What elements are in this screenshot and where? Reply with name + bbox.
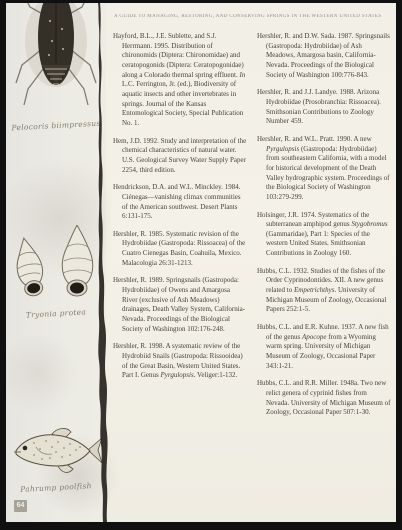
bibliography-column-right: Hershler, R. and D.W. Sada. 1987. Spring…: [257, 32, 391, 426]
bibliography-entry: Hershler, R. 1998. A systematic review o…: [113, 342, 247, 381]
taxon-name: In: [239, 71, 245, 79]
bibliography: Hayford, B.L., J.E. Sublette, and S.J. H…: [113, 32, 391, 426]
bibliography-entry: Hendrickson, D.A. and W.L. Minckley. 198…: [113, 183, 247, 222]
bibliography-entry: Hubbs, C.L. and R.R. Miller. 1948a. Two …: [257, 379, 391, 418]
running-head: A Guide to Managing, Restoring, and Cons…: [114, 14, 391, 19]
citation-text: Hershler, R. and J.J. Landye. 1988. Ariz…: [257, 88, 381, 125]
water-bug-illustration: [6, 3, 106, 119]
bibliography-entry: Hem, J.D. 1992. Study and interpretation…: [113, 137, 247, 176]
bibliography-entry: Hubbs, C.L. and E.R. Kuhne. 1937. A new …: [257, 323, 391, 371]
bibliography-entry: Hershler, R. 1989. Springsnails (Gastrop…: [113, 276, 247, 334]
paper-texture-ghost: [6, 333, 86, 413]
citation-text: (Gastropoda: Hydrobiidae) from southeast…: [266, 145, 389, 201]
citation-text: (Gammaridae), Part 1: Species of the wes…: [266, 230, 370, 257]
taxon-name: Pyrgulopsis: [161, 371, 194, 379]
bibliography-entry: Hubbs, C.L. 1932. Studies of the fishes …: [257, 267, 391, 315]
figure-springsnail: Tryonia protea: [6, 225, 106, 318]
citation-text: Hershler, R. and D.W. Sada. 1987. Spring…: [257, 32, 390, 79]
bibliography-entry: Hershler, R. and J.J. Landye. 1988. Ariz…: [257, 88, 391, 127]
citation-text: L.C. Ferrington, Jr. (ed.), Biodiversity…: [122, 80, 243, 127]
citation-text: Hayford, B.L., J.E. Sublette, and S.J. H…: [113, 32, 244, 79]
pupfish-illustration: [6, 421, 106, 481]
bibliography-entry: Hayford, B.L., J.E. Sublette, and S.J. H…: [113, 32, 247, 129]
book-page: Pelocoris biimpressus: [0, 0, 402, 530]
citation-text: . Veliger:1-132.: [194, 371, 238, 379]
taxon-name: Empetrichthys: [294, 286, 334, 294]
figure-water-bug: Pelocoris biimpressus: [6, 3, 106, 130]
page-number: 64: [14, 500, 27, 512]
taxon-name: Apocope: [302, 333, 327, 341]
citation-text: Hershler, R. 1985. Systematic revision o…: [113, 230, 245, 267]
figure-pupfish: Pahrump poolfish: [6, 421, 106, 492]
citation-text: Hershler, R. 1989. Springsnails (Gastrop…: [113, 276, 245, 332]
taxon-name: Stygobromus: [351, 220, 387, 228]
citation-text: Hem, J.D. 1992. Study and interpretation…: [113, 137, 246, 174]
page-content: A Guide to Managing, Restoring, and Cons…: [113, 14, 391, 426]
illustration-margin: Pelocoris biimpressus: [6, 3, 106, 522]
taxon-name: Pyrgulopsis: [266, 145, 299, 153]
citation-text: Hendrickson, D.A. and W.L. Minckley. 198…: [113, 183, 241, 220]
bibliography-entry: Hershler, R. and W.L. Pratt. 1990. A new…: [257, 135, 391, 203]
bibliography-entry: Hershler, R. and D.W. Sada. 1987. Spring…: [257, 32, 391, 80]
bibliography-entry: Holsinger, J.R. 1974. Systematics of the…: [257, 211, 391, 259]
bibliography-column-left: Hayford, B.L., J.E. Sublette, and S.J. H…: [113, 32, 247, 426]
torn-paper-edge-icon: [92, 3, 114, 522]
springsnail-illustration: [6, 225, 106, 307]
citation-text: Hubbs, C.L. and R.R. Miller. 1948a. Two …: [257, 379, 390, 416]
bibliography-entry: Hershler, R. 1985. Systematic revision o…: [113, 230, 247, 269]
citation-text: Hershler, R. and W.L. Pratt. 1990. A new: [257, 135, 372, 143]
